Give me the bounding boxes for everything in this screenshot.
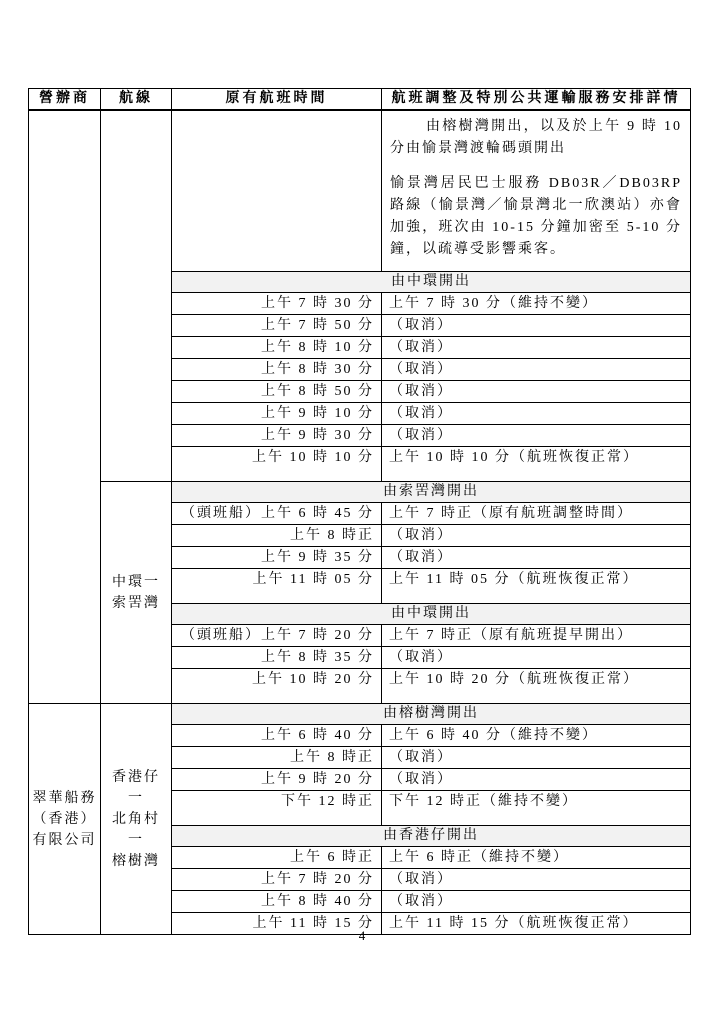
adjusted-time-cell: 上午 10 時 10 分（航班恢復正常） — [382, 447, 691, 482]
adjusted-time-cell: （取消） — [382, 425, 691, 447]
departure-band-label: 由中環開出 — [172, 604, 691, 625]
adjusted-time-cell: 上午 7 時正（原有航班提早開出） — [382, 625, 691, 647]
original-time-cell: 上午 8 時正 — [172, 747, 382, 769]
route-line: 一 — [103, 830, 169, 851]
adjusted-time-cell: （取消） — [382, 891, 691, 913]
adjusted-time-cell: 上午 7 時正（原有航班調整時間） — [382, 503, 691, 525]
route-line: 香港仔 — [103, 767, 169, 788]
original-time-cell: 上午 10 時 10 分 — [172, 447, 382, 482]
route-cell: 香港仔一北角村一榕樹灣 — [101, 704, 172, 935]
operator-line: 翠華船務 — [31, 788, 98, 809]
header-operator: 營辦商 — [29, 89, 101, 111]
operator-cell — [29, 110, 101, 704]
original-time-cell: 上午 9 時 20 分 — [172, 769, 382, 791]
original-time-cell: 上午 6 時 40 分 — [172, 725, 382, 747]
adjusted-time-cell: （取消） — [382, 315, 691, 337]
original-time-cell: 上午 11 時 05 分 — [172, 569, 382, 604]
adjusted-time-cell: 上午 6 時正（維持不變） — [382, 847, 691, 869]
departure-band-label: 由中環開出 — [172, 272, 691, 293]
original-time-cell: （頭班船）上午 6 時 45 分 — [172, 503, 382, 525]
adjustment-paragraph: 愉景灣居民巴士服務 DB03R／DB03RP 路線（愉景灣／愉景灣北一欣澳站）亦… — [390, 173, 682, 261]
adjusted-time-cell: （取消） — [382, 647, 691, 669]
adjustment-paragraphs-cell: 由榕樹灣開出，以及於上午 9 時 10 分由愉景灣渡輪碼頭開出愉景灣居民巴士服務… — [382, 110, 691, 272]
header-original-times: 原有航班時間 — [172, 89, 382, 111]
original-time-cell: 上午 7 時 50 分 — [172, 315, 382, 337]
departure-band-label: 由榕樹灣開出 — [172, 704, 691, 725]
original-time-cell: 上午 8 時 35 分 — [172, 647, 382, 669]
operator-line: 有限公司 — [31, 830, 98, 851]
adjusted-time-cell: 上午 10 時 20 分（航班恢復正常） — [382, 669, 691, 704]
route-line: 中環一 — [103, 572, 169, 593]
adjusted-time-cell: （取消） — [382, 381, 691, 403]
route-line: 索罟灣 — [103, 593, 169, 614]
original-time-cell: 下午 12 時正 — [172, 791, 382, 826]
ferry-schedule-table: 營辦商 航線 原有航班時間 航班調整及特別公共運輸服務安排詳情 由榕樹灣開出，以… — [28, 88, 691, 935]
route-line: 一 — [103, 788, 169, 809]
adjusted-time-cell: 上午 6 時 40 分（維持不變） — [382, 725, 691, 747]
original-times-empty-cell — [172, 110, 382, 272]
original-time-cell: 上午 9 時 30 分 — [172, 425, 382, 447]
page-number: 4 — [0, 928, 724, 944]
departure-band-row: 翠華船務（香港）有限公司香港仔一北角村一榕樹灣由榕樹灣開出 — [29, 704, 691, 725]
adjusted-time-cell: 下午 12 時正（維持不變） — [382, 791, 691, 826]
adjustment-paragraph: 由榕樹灣開出，以及於上午 9 時 10 分由愉景灣渡輪碼頭開出 — [390, 116, 682, 160]
original-time-cell: 上午 8 時 30 分 — [172, 359, 382, 381]
departure-band-row: 中環一索罟灣由索罟灣開出 — [29, 482, 691, 503]
adjusted-time-cell: 上午 7 時 30 分（維持不變） — [382, 293, 691, 315]
route-line: 北角村 — [103, 809, 169, 830]
header-route: 航線 — [101, 89, 172, 111]
original-time-cell: 上午 6 時正 — [172, 847, 382, 869]
adjusted-time-cell: （取消） — [382, 869, 691, 891]
table-header-row: 營辦商 航線 原有航班時間 航班調整及特別公共運輸服務安排詳情 — [29, 89, 691, 111]
continuation-row: 由榕樹灣開出，以及於上午 9 時 10 分由愉景灣渡輪碼頭開出愉景灣居民巴士服務… — [29, 110, 691, 272]
original-time-cell: 上午 8 時 50 分 — [172, 381, 382, 403]
adjusted-time-cell: （取消） — [382, 359, 691, 381]
adjusted-time-cell: （取消） — [382, 769, 691, 791]
table-body: 由榕樹灣開出，以及於上午 9 時 10 分由愉景灣渡輪碼頭開出愉景灣居民巴士服務… — [29, 110, 691, 935]
adjusted-time-cell: （取消） — [382, 525, 691, 547]
original-time-cell: 上午 8 時 10 分 — [172, 337, 382, 359]
adjusted-time-cell: （取消） — [382, 337, 691, 359]
departure-band-label: 由索罟灣開出 — [172, 482, 691, 503]
original-time-cell: 上午 8 時正 — [172, 525, 382, 547]
departure-band-label: 由香港仔開出 — [172, 826, 691, 847]
adjusted-time-cell: （取消） — [382, 403, 691, 425]
original-time-cell: 上午 9 時 10 分 — [172, 403, 382, 425]
route-cell: 中環一索罟灣 — [101, 482, 172, 704]
original-time-cell: 上午 7 時 20 分 — [172, 869, 382, 891]
adjusted-time-cell: 上午 11 時 05 分（航班恢復正常） — [382, 569, 691, 604]
route-cell — [101, 110, 172, 482]
adjusted-time-cell: （取消） — [382, 547, 691, 569]
header-adjustment-details: 航班調整及特別公共運輸服務安排詳情 — [382, 89, 691, 111]
operator-line: （香港） — [31, 809, 98, 830]
original-time-cell: 上午 7 時 30 分 — [172, 293, 382, 315]
original-time-cell: 上午 10 時 20 分 — [172, 669, 382, 704]
original-time-cell: （頭班船）上午 7 時 20 分 — [172, 625, 382, 647]
route-line: 榕樹灣 — [103, 851, 169, 872]
original-time-cell: 上午 8 時 40 分 — [172, 891, 382, 913]
document-page: 營辦商 航線 原有航班時間 航班調整及特別公共運輸服務安排詳情 由榕樹灣開出，以… — [0, 0, 724, 1024]
adjusted-time-cell: （取消） — [382, 747, 691, 769]
operator-cell: 翠華船務（香港）有限公司 — [29, 704, 101, 935]
original-time-cell: 上午 9 時 35 分 — [172, 547, 382, 569]
